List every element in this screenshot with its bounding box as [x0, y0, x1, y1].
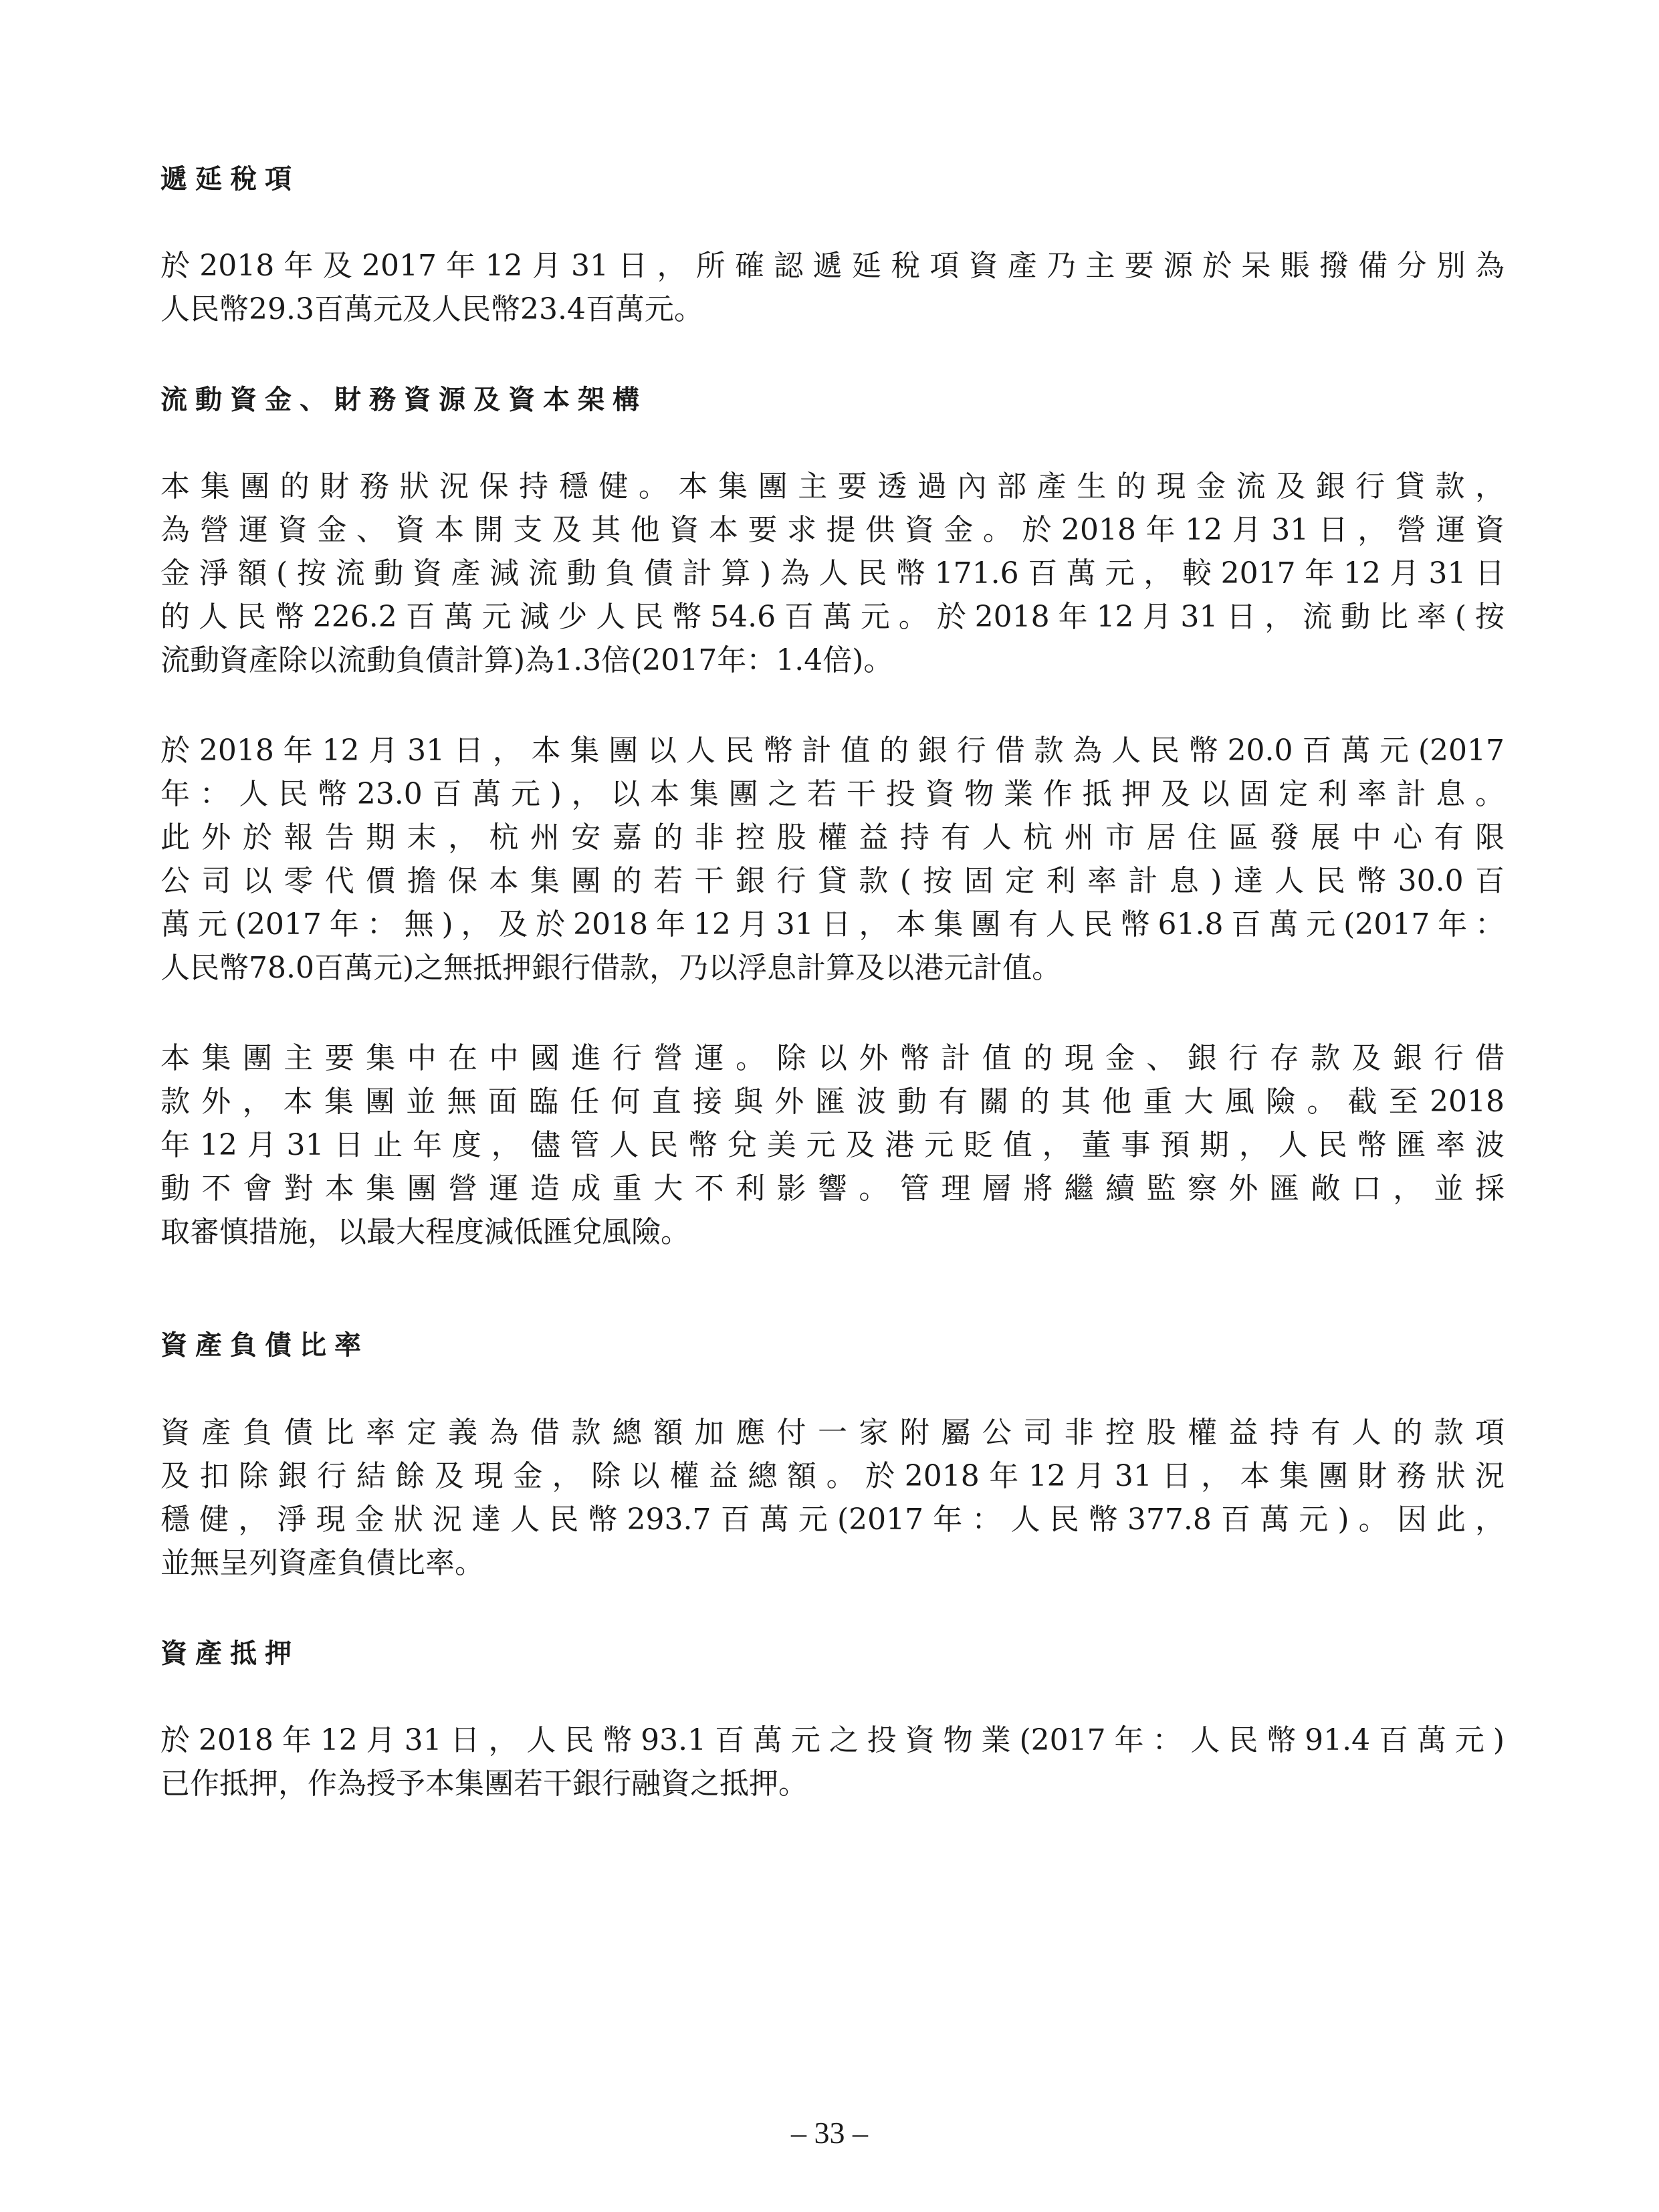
text-line: 本集團主要集中在中國進行營運。除以外幣計值的現金、銀行存款及銀行借	[160, 1036, 1505, 1080]
text-line: 此外於報告期末，杭州安嘉的非控股權益持有人杭州市居住區發展中心有限	[160, 816, 1505, 859]
text-line: 萬元(2017年：無)，及於2018年12月31日，本集團有人民幣61.8百萬元…	[160, 903, 1505, 946]
section-heading-liquidity: 流動資金、財務資源及資本架構	[160, 380, 647, 420]
text-line: 已作抵押，作為授予本集團若干銀行融資之抵押。	[160, 1762, 1505, 1805]
text-line: 資產負債比率定義為借款總額加應付一家附屬公司非控股權益持有人的款項	[160, 1411, 1505, 1454]
text-line: 款外，本集團並無面臨任何直接與外匯波動有關的其他重大風險。截至2018	[160, 1080, 1505, 1123]
section-heading-gearing-ratio: 資產負債比率	[160, 1325, 369, 1365]
paragraph-foreign-exchange: 本集團主要集中在中國進行營運。除以外幣計值的現金、銀行存款及銀行借 款外，本集團…	[160, 1036, 1505, 1254]
text-line: 於2018年12月31日，本集團以人民幣計值的銀行借款為人民幣20.0百萬元(2…	[160, 729, 1505, 772]
text-line: 本集團的財務狀況保持穩健。本集團主要透過內部產生的現金流及銀行貸款，	[160, 465, 1505, 508]
page-number: – 33 –	[0, 2113, 1659, 2153]
text-line: 金淨額(按流動資產減流動負債計算)為人民幣171.6百萬元，較2017年12月3…	[160, 552, 1505, 595]
text-line: 年：人民幣23.0百萬元)，以本集團之若干投資物業作抵押及以固定利率計息。	[160, 772, 1505, 816]
text-line: 流動資產除以流動負債計算)為1.3倍(2017年：1.4倍)。	[160, 639, 1505, 682]
paragraph-deferred-tax: 於2018年及2017年12月31日，所確認遞延稅項資產乃主要源於呆賬撥備分別為…	[160, 244, 1505, 331]
text-line: 動不會對本集團營運造成重大不利影響。管理層將繼續監察外匯敞口，並採	[160, 1167, 1505, 1210]
text-line: 人民幣78.0百萬元)之無抵押銀行借款，乃以浮息計算及以港元計值。	[160, 946, 1505, 990]
text-line: 並無呈列資產負債比率。	[160, 1541, 1505, 1585]
text-line: 穩健，淨現金狀況達人民幣293.7百萬元(2017年：人民幣377.8百萬元)。…	[160, 1498, 1505, 1541]
section-heading-pledge-of-assets: 資產抵押	[160, 1634, 300, 1674]
text-line: 人民幣29.3百萬元及人民幣23.4百萬元。	[160, 288, 1505, 331]
text-line: 為營運資金、資本開支及其他資本要求提供資金。於2018年12月31日，營運資	[160, 508, 1505, 552]
text-line: 於2018年12月31日，人民幣93.1百萬元之投資物業(2017年：人民幣91…	[160, 1719, 1505, 1762]
text-line: 年12月31日止年度，儘管人民幣兌美元及港元貶值，董事預期，人民幣匯率波	[160, 1123, 1505, 1167]
paragraph-gearing-ratio: 資產負債比率定義為借款總額加應付一家附屬公司非控股權益持有人的款項 及扣除銀行結…	[160, 1411, 1505, 1585]
text-line: 的人民幣226.2百萬元減少人民幣54.6百萬元。於2018年12月31日，流動…	[160, 595, 1505, 639]
paragraph-bank-borrowings: 於2018年12月31日，本集團以人民幣計值的銀行借款為人民幣20.0百萬元(2…	[160, 729, 1505, 990]
paragraph-pledge-of-assets: 於2018年12月31日，人民幣93.1百萬元之投資物業(2017年：人民幣91…	[160, 1719, 1505, 1805]
text-line: 取審慎措施，以最大程度減低匯兌風險。	[160, 1210, 1505, 1254]
text-line: 於2018年及2017年12月31日，所確認遞延稅項資產乃主要源於呆賬撥備分別為	[160, 244, 1505, 288]
paragraph-financial-position: 本集團的財務狀況保持穩健。本集團主要透過內部產生的現金流及銀行貸款， 為營運資金…	[160, 465, 1505, 682]
section-heading-deferred-tax: 遞延稅項	[160, 159, 300, 199]
text-line: 及扣除銀行結餘及現金，除以權益總額。於2018年12月31日，本集團財務狀況	[160, 1454, 1505, 1498]
text-line: 公司以零代價擔保本集團的若干銀行貸款(按固定利率計息)達人民幣30.0百	[160, 859, 1505, 903]
